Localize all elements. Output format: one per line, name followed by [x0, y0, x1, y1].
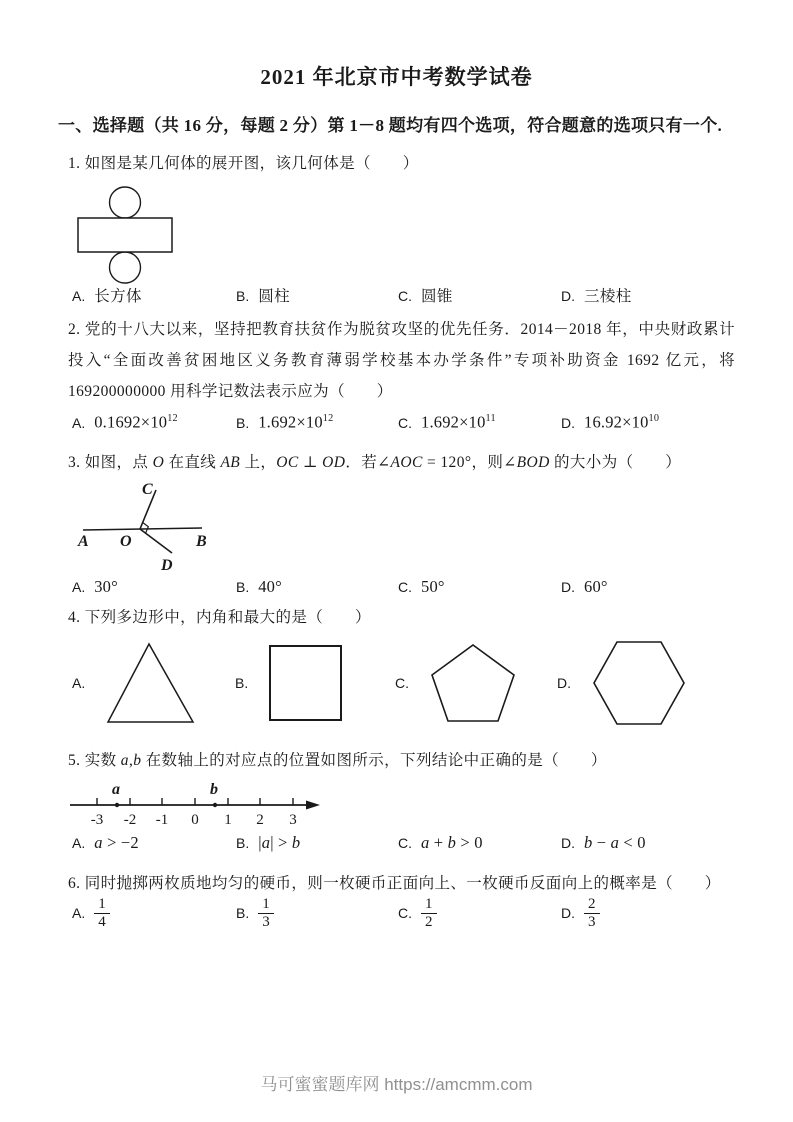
- point-b-dot: [213, 802, 217, 806]
- q3-option-d: D.60°: [561, 575, 753, 599]
- angle-figure: C A O B D: [70, 480, 220, 575]
- footer-text: 马可蜜蜜题库网 https://amcmm.com: [0, 1070, 793, 1095]
- tick-labels: -3 -2 -1 0 1 2 3: [91, 812, 297, 828]
- section-header: 一、选择题（共 16 分，每题 2 分）第 1－8 题均有四个选项，符合题意的选…: [58, 114, 737, 138]
- fraction: 12: [421, 896, 437, 931]
- question-2-text: 2. 党的十八大以来，坚持把教育扶贫作为脱贫攻坚的优先任务．2014－2018 …: [68, 314, 735, 407]
- point-label-c: C: [142, 481, 153, 498]
- question-6-options: A.14 B.13 C.12 D.23: [72, 896, 753, 931]
- point-label-d: D: [160, 557, 173, 574]
- question-3-options: A.30° B.40° C.50° D.60°: [72, 575, 753, 599]
- question-5-text: 5. 实数 a,b 在数轴上的对应点的位置如图所示，下列结论中正确的是（ ）: [68, 749, 733, 773]
- q2-option-a: A.0.1692×1012: [72, 407, 236, 435]
- net-top-circle: [110, 187, 141, 218]
- q2-option-d: D.16.92×1010: [561, 407, 753, 435]
- q4-option-a: A.: [72, 638, 235, 728]
- fraction: 13: [258, 896, 274, 931]
- svg-text:0: 0: [191, 812, 199, 828]
- svg-text:-2: -2: [124, 812, 137, 828]
- axis-arrowhead: [306, 800, 320, 809]
- question-4-options: A. B. C. D.: [72, 638, 793, 728]
- q4-option-c: C.: [395, 638, 557, 728]
- q6-option-a: A.14: [72, 896, 236, 931]
- fraction: 23: [584, 896, 600, 931]
- svg-text:1: 1: [224, 812, 232, 828]
- q3-option-c: C.50°: [398, 575, 561, 599]
- svg-text:2: 2: [256, 812, 264, 828]
- point-label-b: B: [195, 533, 207, 550]
- page-title: 2021 年北京市中考数学试卷: [0, 64, 793, 90]
- point-label-o: O: [120, 533, 132, 550]
- q6-option-b: B.13: [236, 896, 398, 931]
- q6-option-d: D.23: [561, 896, 753, 931]
- pentagon-icon: [428, 642, 518, 724]
- question-6-text: 6. 同时抛掷两枚质地均匀的硬币，则一枚硬币正面向上、一枚硬币反面向上的概率是（…: [68, 872, 733, 896]
- q1-option-a: A.长方体: [72, 285, 236, 308]
- question-5-options: A.a > −2 B.|a| > b C.a + b > 0 D.b − a <…: [72, 831, 753, 855]
- svg-text:-1: -1: [156, 812, 169, 828]
- q5-option-c: C.a + b > 0: [398, 831, 561, 855]
- q5-option-b: B.|a| > b: [236, 831, 398, 855]
- q1-option-c: C.圆锥: [398, 285, 561, 308]
- net-rectangle: [78, 218, 172, 252]
- square-icon: [267, 643, 345, 723]
- point-a-label: a: [112, 781, 120, 798]
- cylinder-net-figure: [76, 185, 196, 285]
- ray-od: [140, 529, 172, 553]
- q4-option-b: B.: [235, 638, 395, 728]
- hexagon-icon: [590, 639, 688, 727]
- question-1-text: 1. 如图是某几何体的展开图，该几何体是（ ）: [68, 152, 733, 176]
- q3-option-b: B.40°: [236, 575, 398, 599]
- question-1-options: A.长方体 B.圆柱 C.圆锥 D.三棱柱: [72, 285, 753, 308]
- exam-paper-page: 2021 年北京市中考数学试卷 一、选择题（共 16 分，每题 2 分）第 1－…: [0, 0, 793, 1122]
- q3-option-a: A.30°: [72, 575, 236, 599]
- axis-ticks: [97, 798, 293, 805]
- point-b-label: b: [210, 781, 218, 798]
- q1-option-d: D.三棱柱: [561, 285, 753, 308]
- svg-text:3: 3: [289, 812, 297, 828]
- question-3-text: 3. 如图，点 O 在直线 AB 上，OC ⊥ OD．若∠AOC = 120°，…: [68, 451, 733, 475]
- question-4-text: 4. 下列多边形中，内角和最大的是（ ）: [68, 606, 733, 630]
- q2-option-b: B.1.692×1012: [236, 407, 398, 435]
- svg-text:-3: -3: [91, 812, 104, 828]
- point-a-dot: [115, 802, 119, 806]
- q4-option-d: D.: [557, 638, 793, 728]
- fraction: 14: [94, 896, 110, 931]
- point-label-a: A: [77, 533, 89, 550]
- q2-option-c: C.1.692×1011: [398, 407, 561, 435]
- q1-option-b: B.圆柱: [236, 285, 398, 308]
- question-2-options: A.0.1692×1012 B.1.692×1012 C.1.692×1011 …: [72, 407, 753, 435]
- number-line-figure: a b -3 -2 -1 0 1 2 3: [64, 781, 344, 831]
- line-ab: [83, 528, 202, 530]
- q5-option-a: A.a > −2: [72, 831, 236, 855]
- net-bottom-circle: [110, 252, 141, 283]
- q5-option-d: D.b − a < 0: [561, 831, 753, 855]
- q6-option-c: C.12: [398, 896, 561, 931]
- triangle-icon: [104, 641, 196, 725]
